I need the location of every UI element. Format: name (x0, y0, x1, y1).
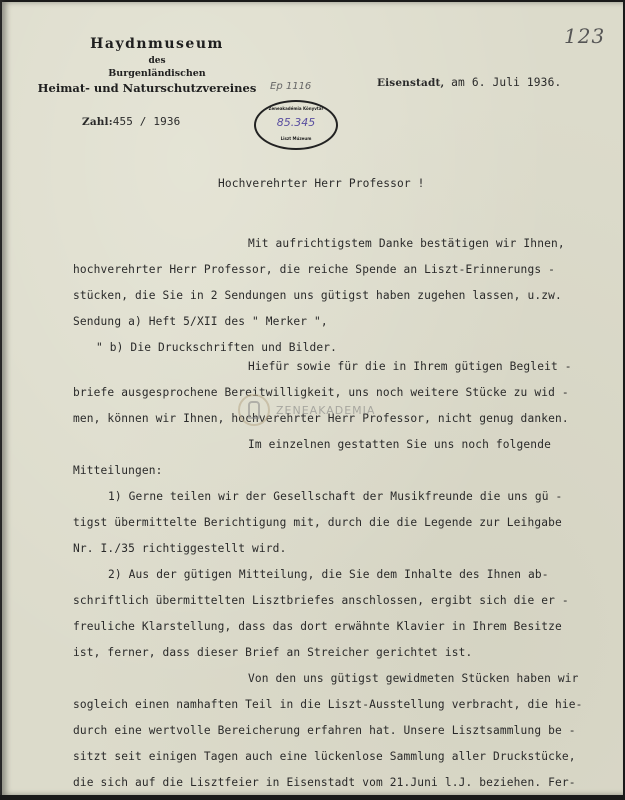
handwritten-page-number: 123 (564, 24, 605, 48)
letter-line: hochverehrter Herr Professor, die reiche… (73, 263, 555, 276)
letter-line: schriftlich übermittelten Lisztbriefes a… (73, 594, 569, 607)
letterhead-des: des (62, 56, 252, 66)
letter-line: 2) Aus der gütigen Mitteilung, die Sie d… (108, 568, 549, 581)
letter-line: " b) Die Druckschriften und Bilder. (96, 341, 337, 354)
letter-line: Mitteilungen: (73, 464, 163, 477)
letterhead-association: Heimat- und Naturschutzvereines (32, 81, 262, 95)
zeneakademia-logo-icon (238, 394, 270, 426)
stamp-bottom-text: Liszt Múzeum (266, 136, 326, 141)
letter-line: Nr. I./35 richtiggestellt wird. (73, 542, 286, 555)
letter-line: durch eine wertvolle Bereicherung erfahr… (73, 724, 576, 737)
letter-line: Von den uns gütigst gewidmeten Stücken h… (248, 672, 579, 685)
watermark: ZENEAKADEMIA (238, 390, 398, 430)
letter-line: freuliche Klarstellung, dass das dort er… (73, 620, 562, 633)
salutation: Hochverehrter Herr Professor ! (218, 177, 425, 190)
scan-bottom-edge (0, 795, 625, 800)
letter-line: ist, ferner, dass dieser Brief an Streic… (73, 646, 472, 659)
watermark-text: ZENEAKADEMIA (276, 404, 375, 417)
library-stamp: Zeneakadémia Könyvtár 85.345 Liszt Múzeu… (254, 100, 338, 150)
letterhead-region: Burgenländischen (62, 68, 252, 79)
stamp-inventory-number: 85.345 (256, 116, 336, 129)
pencil-note: Ep 1116 (270, 81, 311, 92)
letter-line: tigst übermittelte Berichtigung mit, dur… (73, 516, 562, 529)
letter-line: Sendung a) Heft 5/XII des " Merker ", (73, 315, 328, 328)
place-date: Eisenstadt, am 6. Juli 1936. (377, 76, 561, 89)
letterhead-institution: Haydnmuseum (62, 36, 252, 52)
reference-label: Zahl: (82, 116, 113, 128)
letter-line: Hiefür sowie für die in Ihrem gütigen Be… (248, 360, 572, 373)
letter-line: die sich auf die Lisztfeier in Eisenstad… (73, 776, 576, 789)
stamp-top-text: Zeneakadémia Könyvtár (266, 106, 326, 111)
letter-page: Haydnmuseum des Burgenländischen Heimat-… (2, 2, 623, 795)
reference-number: Zahl:455 / 1936 (82, 115, 180, 128)
letter-line: 1) Gerne teilen wir der Gesellschaft der… (108, 490, 562, 503)
letter-line: stücken, die Sie in 2 Sendungen uns güti… (73, 289, 562, 302)
letter-line: sitzt seit einigen Tagen auch eine lücke… (73, 750, 576, 763)
letter-line: sogleich einen namhaften Teil in die Lis… (73, 698, 583, 711)
date: am 6. Juli 1936. (451, 76, 561, 89)
letter-line: Im einzelnen gestatten Sie uns noch folg… (248, 438, 551, 451)
reference-value: 455 / 1936 (113, 115, 181, 128)
place: Eisenstadt, (377, 77, 444, 89)
letter-line: Mit aufrichtigstem Danke bestätigen wir … (248, 237, 565, 250)
